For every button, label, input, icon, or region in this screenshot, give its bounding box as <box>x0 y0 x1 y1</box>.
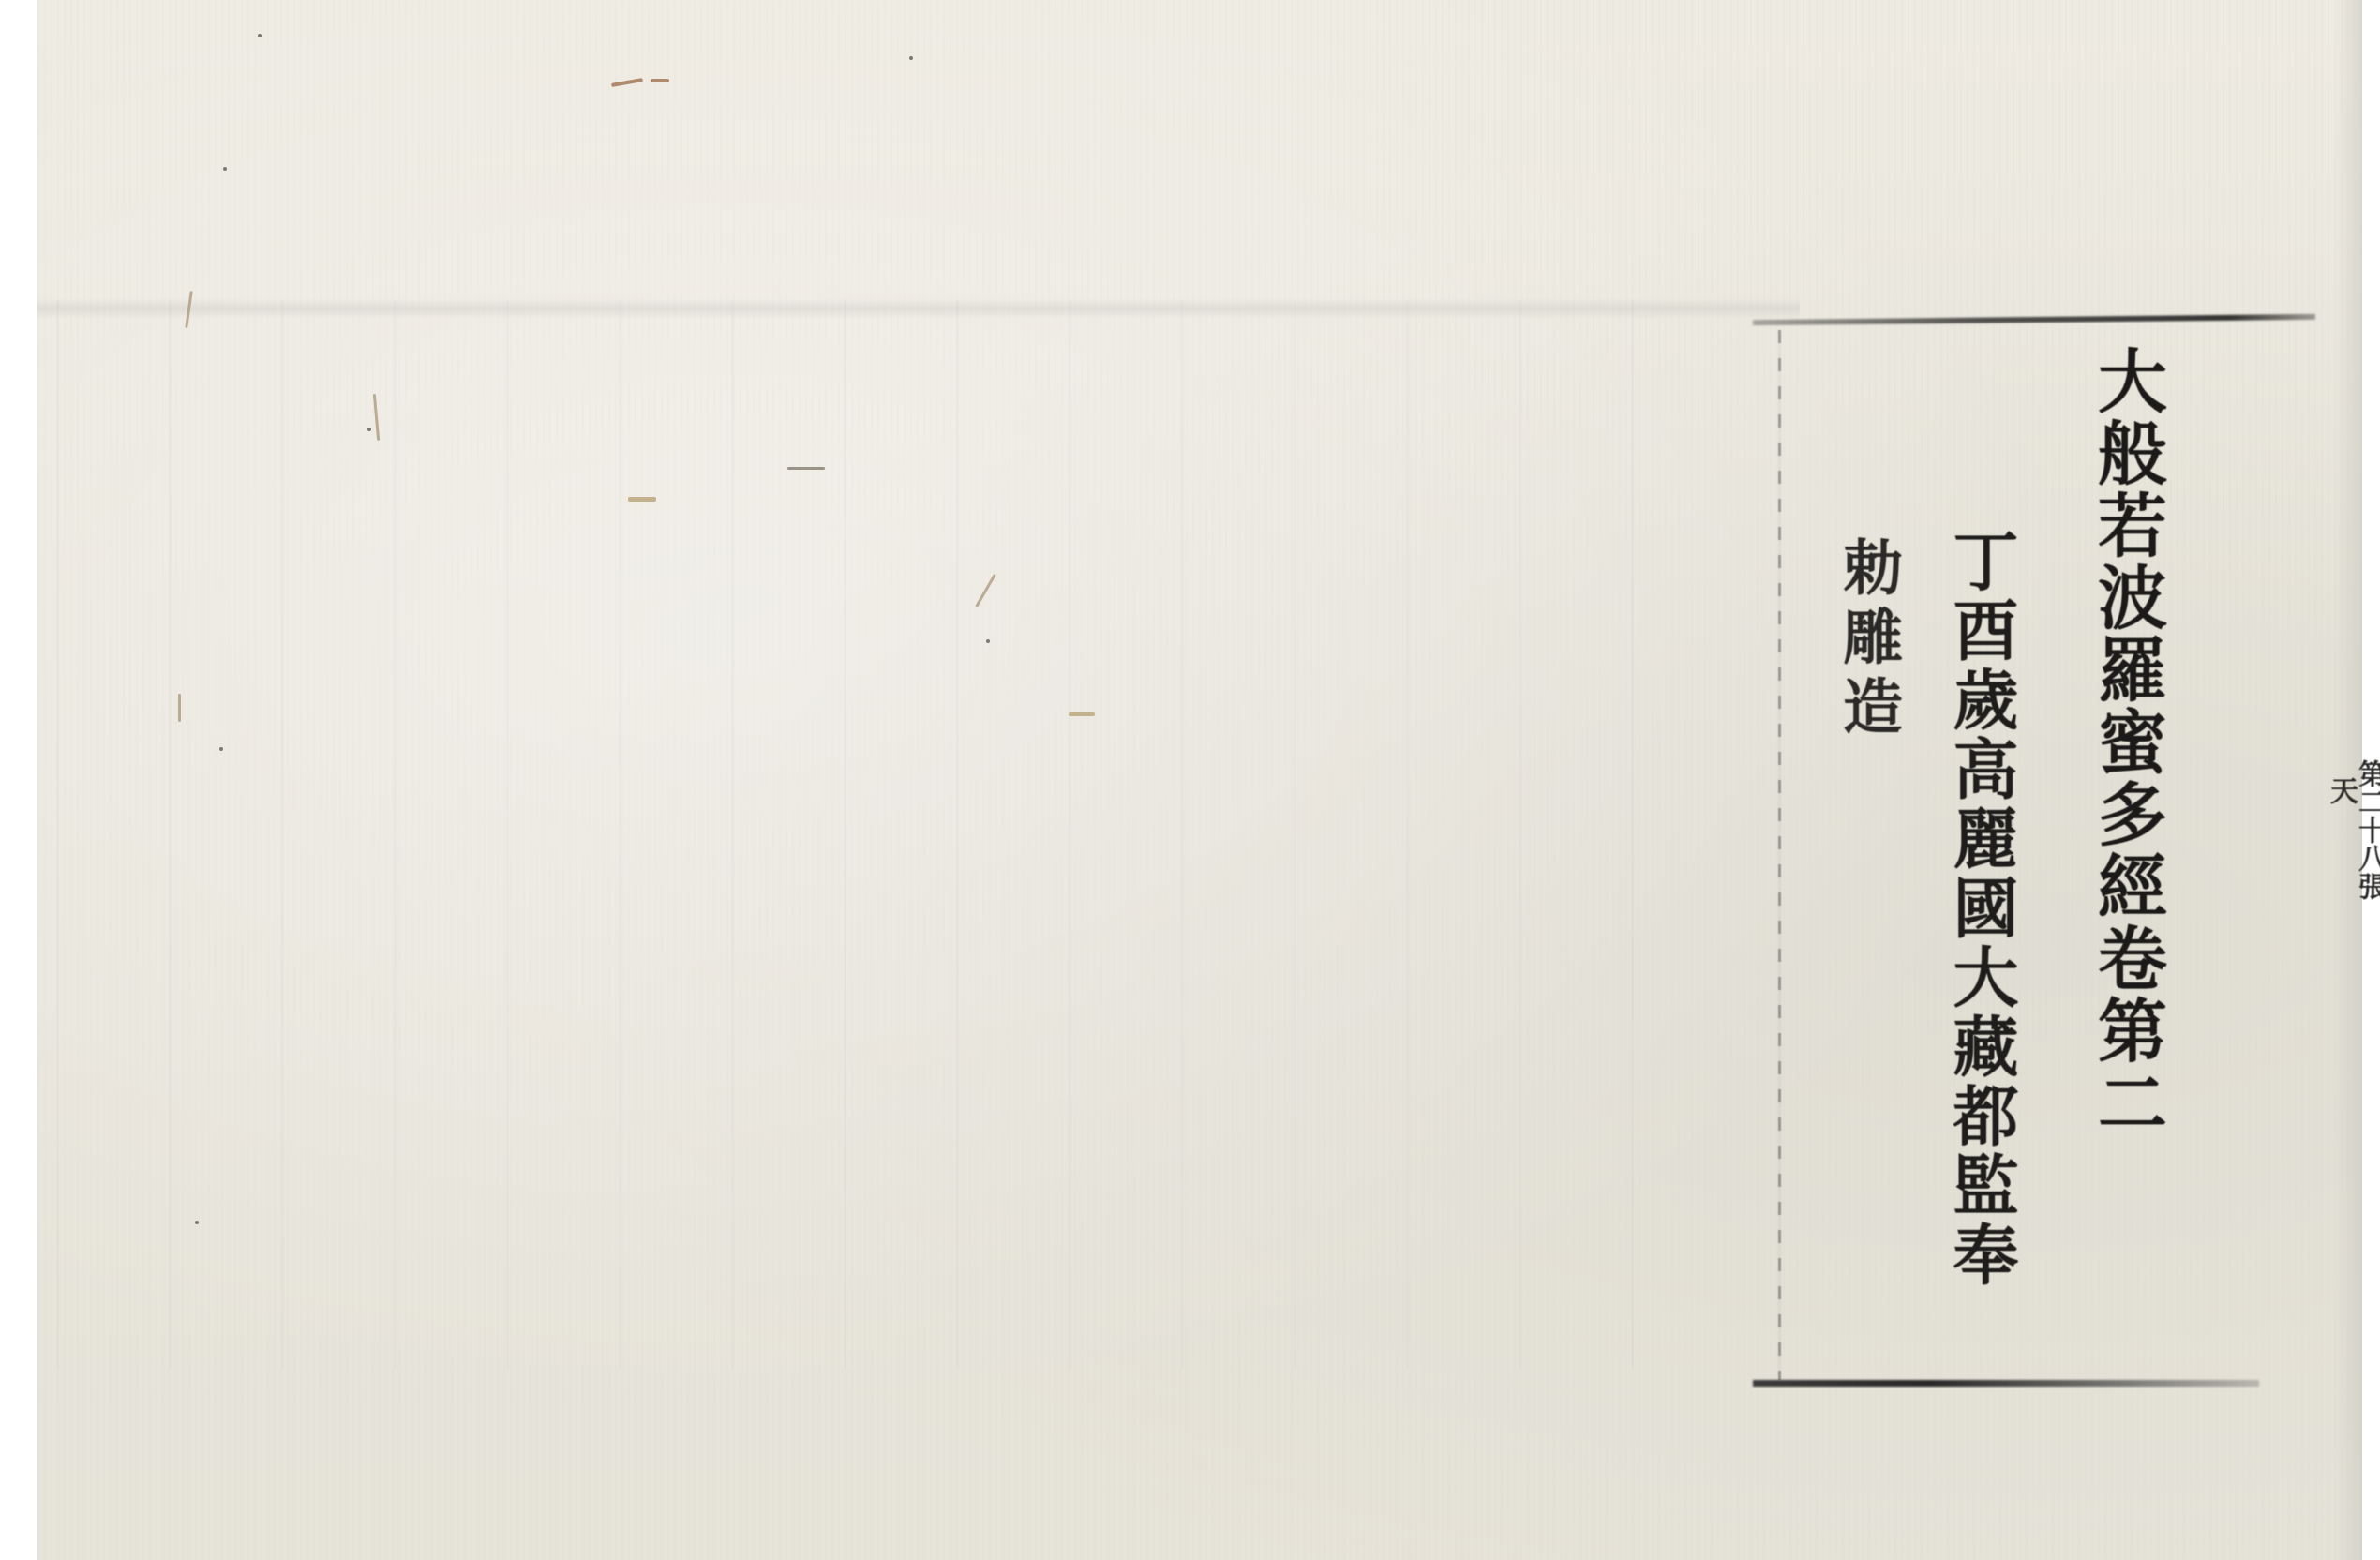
paper-fiber <box>178 694 181 722</box>
colophon-line-1: 丁酉歲高麗國大藏都監奉 <box>1948 527 2013 1290</box>
paper-speck <box>195 1221 199 1224</box>
sutra-title-column: 大般若波羅蜜多經卷第二 <box>2092 345 2162 1139</box>
frame-bottom-rule <box>1753 1380 2259 1387</box>
colophon-line-2: 勅雕造 <box>1837 536 1897 744</box>
frame-left-rule <box>1778 330 1781 1380</box>
margin-case-mark: 天 <box>2327 776 2355 917</box>
paper-speck <box>909 56 913 60</box>
paper-fiber <box>1069 712 1095 716</box>
paper-fiber <box>611 78 643 87</box>
paper-fiber <box>628 497 656 502</box>
paper-speck <box>219 747 223 751</box>
paper-fiber <box>651 79 669 82</box>
margin-label: 大般若經第二卷 第二十八張 天 <box>2327 720 2380 917</box>
paper-fiber <box>787 467 825 470</box>
paper-speck <box>258 34 262 37</box>
paper-speck <box>223 167 227 171</box>
paper-speck <box>367 427 371 431</box>
margin-sheet-number: 第二十八張 <box>2355 759 2380 917</box>
faint-column-rulings <box>56 300 1725 1369</box>
paper-speck <box>986 639 990 643</box>
